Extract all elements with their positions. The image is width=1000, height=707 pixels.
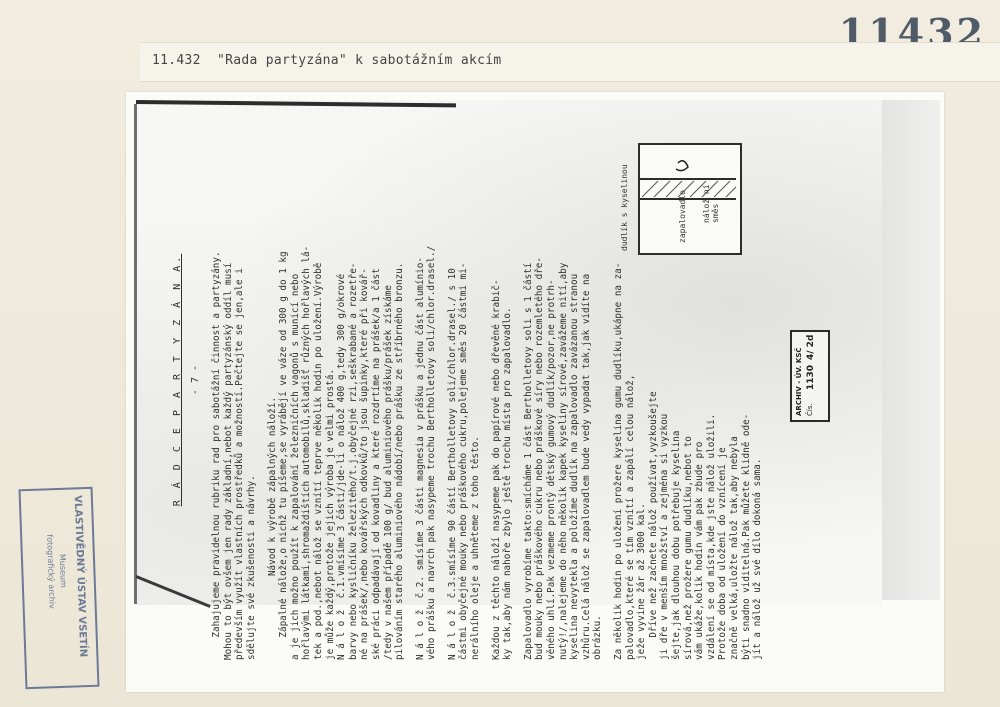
paragraph-charge-1: Návod k výrobě zápalných náloží. Zápalné… [267, 100, 406, 660]
diagram-hatching [638, 143, 738, 253]
archive-stamp: ARCHIV - ÚV. KSČ Čís. 1130 4/ 2d [790, 330, 830, 422]
paragraph-charge-3: N á l o ž č.3.smísíme 90 částí Bertholle… [447, 100, 482, 660]
caption: 11.432 "Rada partyzána" k sabotážním akc… [152, 53, 501, 68]
paragraph-packing: Každou z těchto náloží nasypeme pak do p… [491, 100, 514, 660]
paragraph-intro: Zahajujeme pravidelnou rubriku rad pro s… [211, 100, 257, 660]
archive-stamp-field-number: Čís. [806, 403, 814, 416]
diagram-label-nipple: dudlík s kyselinou [620, 164, 629, 251]
sheet-edge-left [134, 104, 137, 604]
paragraph-charge-2: N á l o ž č.2. smísíme 3 části magnesia … [415, 100, 438, 660]
paragraph-igniter: Zapalovadlo vyrobíme takto:smícháme 1 čá… [523, 100, 604, 660]
museum-stamp-museum: Museum [58, 554, 68, 588]
archive-stamp-signature: 4/ 2d [806, 335, 816, 360]
museum-stamp-archive: fotografický archiv [45, 534, 57, 609]
caption-strip: 11.432 "Rada partyzána" k sabotážním akc… [140, 42, 1000, 82]
charge-diagram: dudlík s kyselinou zapalovadlo nálož ní … [638, 143, 742, 255]
archive-stamp-title: ARCHIV - ÚV. KSČ [795, 347, 803, 416]
page-number: - 7 - [190, 100, 202, 660]
museum-stamp: VLASTIVĚDNÝ ÚSTAV VSETÍN Museum fotograf… [19, 487, 100, 689]
diagram-label-igniter: zapalovadlo [678, 190, 687, 243]
document-title: R Á D C E P A R T Y Z Á N A. [172, 100, 184, 660]
diagram-label-charge: nálož ní směs [702, 183, 720, 223]
archive-stamp-accession: 1130 [806, 365, 816, 390]
museum-stamp-name: VLASTIVĚDNÝ ÚSTAV VSETÍN [72, 495, 89, 657]
